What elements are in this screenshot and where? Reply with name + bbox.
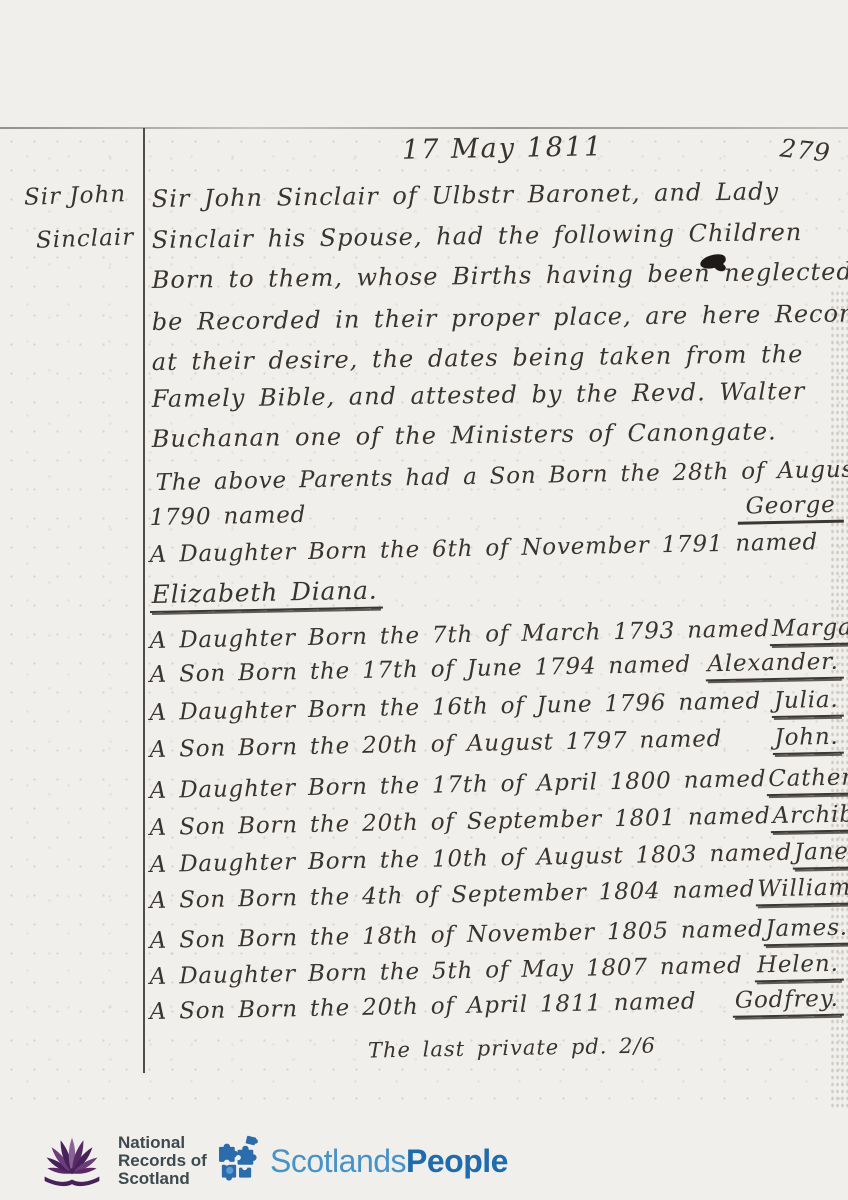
entry-text: A Daughter Born the 6th of November 1791… xyxy=(150,529,819,568)
nrs-text-line3: Scotland xyxy=(118,1170,207,1188)
child-name: Julia. xyxy=(772,687,844,718)
birth-entry-line: Elizabeth Diana. xyxy=(149,567,844,613)
entry-text: A Son Born the 17th of June 1794 named xyxy=(149,652,691,688)
entry-text: A Son Born the 20th of August 1797 named xyxy=(149,726,722,763)
manuscript-scan-page: 17 May 1811 279 Sir John Sinclair Sir Jo… xyxy=(0,0,848,1200)
entry-text: A Daughter Born the 10th of August 1803 … xyxy=(149,840,792,878)
record-date: 17 May 1811 xyxy=(402,131,604,166)
paragraph-line: Famely Bible, and attested by the Revd. … xyxy=(152,377,806,413)
margin-name-line1: Sir John xyxy=(24,181,127,211)
entry-text: A Son Born the 18th of November 1805 nam… xyxy=(149,916,763,954)
paragraph-line: Sinclair his Spouse, had the following C… xyxy=(152,218,803,254)
paragraph-line: Sir John Sinclair of Ulbstr Baronet, and… xyxy=(152,177,780,213)
birth-entry-line: The above Parents had a Son Born the 28t… xyxy=(156,457,848,496)
child-name: George xyxy=(737,492,844,525)
child-name: Margaret xyxy=(770,614,848,646)
scotlandspeople-text-part1: Scotlands xyxy=(270,1143,406,1179)
nrs-text-line1: National xyxy=(118,1134,207,1152)
paragraph-line: at their desire, the dates being taken f… xyxy=(152,340,804,376)
nrs-logo-text: National Records of Scotland xyxy=(118,1134,207,1188)
child-name: Elizabeth Diana. xyxy=(149,576,382,613)
birth-entry-line: A Daughter Born the 6th of November 1791… xyxy=(150,529,844,568)
page-number: 279 xyxy=(779,133,832,167)
birth-entry-line: A Son Born the 20th of April 1811 named … xyxy=(149,986,843,1029)
entry-text: A Daughter Born the 16th of June 1796 na… xyxy=(149,688,761,726)
child-name: Helen. xyxy=(755,951,844,983)
page-top-edge-line xyxy=(0,127,848,129)
footer-logo-band: National Records of Scotland xyxy=(0,1122,848,1200)
child-name: Alexander. xyxy=(705,649,844,682)
paragraph-line: Buchanan one of the Ministers of Canonga… xyxy=(152,417,777,453)
child-name: John. xyxy=(772,724,844,755)
paragraph-line: Born to them, whose Births having been n… xyxy=(152,257,848,294)
nrs-book-fan-icon xyxy=(34,1126,110,1196)
entry-text: A Daughter Born the 17th of April 1800 n… xyxy=(149,766,766,804)
fee-note: The last private pd. 2/6 xyxy=(368,1033,656,1062)
birth-entry-line: A Daughter Born the 16th of June 1796 na… xyxy=(149,687,843,730)
scotlandspeople-logo: ScotlandsPeople xyxy=(216,1134,508,1188)
child-name: Catherine xyxy=(766,764,848,796)
birth-entry-line: A Son Born the 4th of September 1804 nam… xyxy=(149,875,843,918)
entry-text: The above Parents had a Son Born the 28t… xyxy=(156,456,848,496)
birth-entry-line: 1790 named George xyxy=(149,490,848,536)
paragraph-line: be Recorded in their proper place, are h… xyxy=(152,299,848,336)
birth-entry-line: A Daughter Born the 10th of August 1803 … xyxy=(149,839,843,882)
child-name: William. xyxy=(755,874,848,906)
puzzle-pieces-icon xyxy=(216,1134,262,1188)
entry-text: A Daughter Born the 5th of May 1807 name… xyxy=(149,953,742,990)
birth-entry-line: A Daughter Born the 17th of April 1800 n… xyxy=(149,765,843,808)
child-name: Jane. xyxy=(792,838,848,869)
nrs-logo: National Records of Scotland xyxy=(34,1126,207,1196)
nrs-text-line2: Records of xyxy=(118,1152,207,1170)
birth-entry-line: A Son Born the 20th of September 1801 na… xyxy=(149,802,843,845)
margin-name-line2: Sinclair xyxy=(36,224,135,253)
entry-text: 1790 named xyxy=(149,502,306,531)
child-name: Archibald. xyxy=(770,800,848,833)
child-name: James. xyxy=(763,915,848,947)
entry-text: A Son Born the 20th of September 1801 na… xyxy=(149,803,770,841)
scotlandspeople-logo-text: ScotlandsPeople xyxy=(270,1143,508,1180)
child-name: Godfrey. xyxy=(733,986,844,1018)
entry-text: A Son Born the 20th of April 1811 named xyxy=(149,989,696,1025)
birth-entry-line: A Son Born the 20th of August 1797 named… xyxy=(149,724,843,767)
scotlandspeople-text-part2: People xyxy=(406,1143,508,1179)
entry-text: A Son Born the 4th of September 1804 nam… xyxy=(149,876,755,914)
birth-entry-line: A Son Born the 18th of November 1805 nam… xyxy=(149,915,843,958)
margin-rule-line xyxy=(143,128,145,1073)
entry-text: A Daughter Born the 7th of March 1793 na… xyxy=(149,616,770,654)
